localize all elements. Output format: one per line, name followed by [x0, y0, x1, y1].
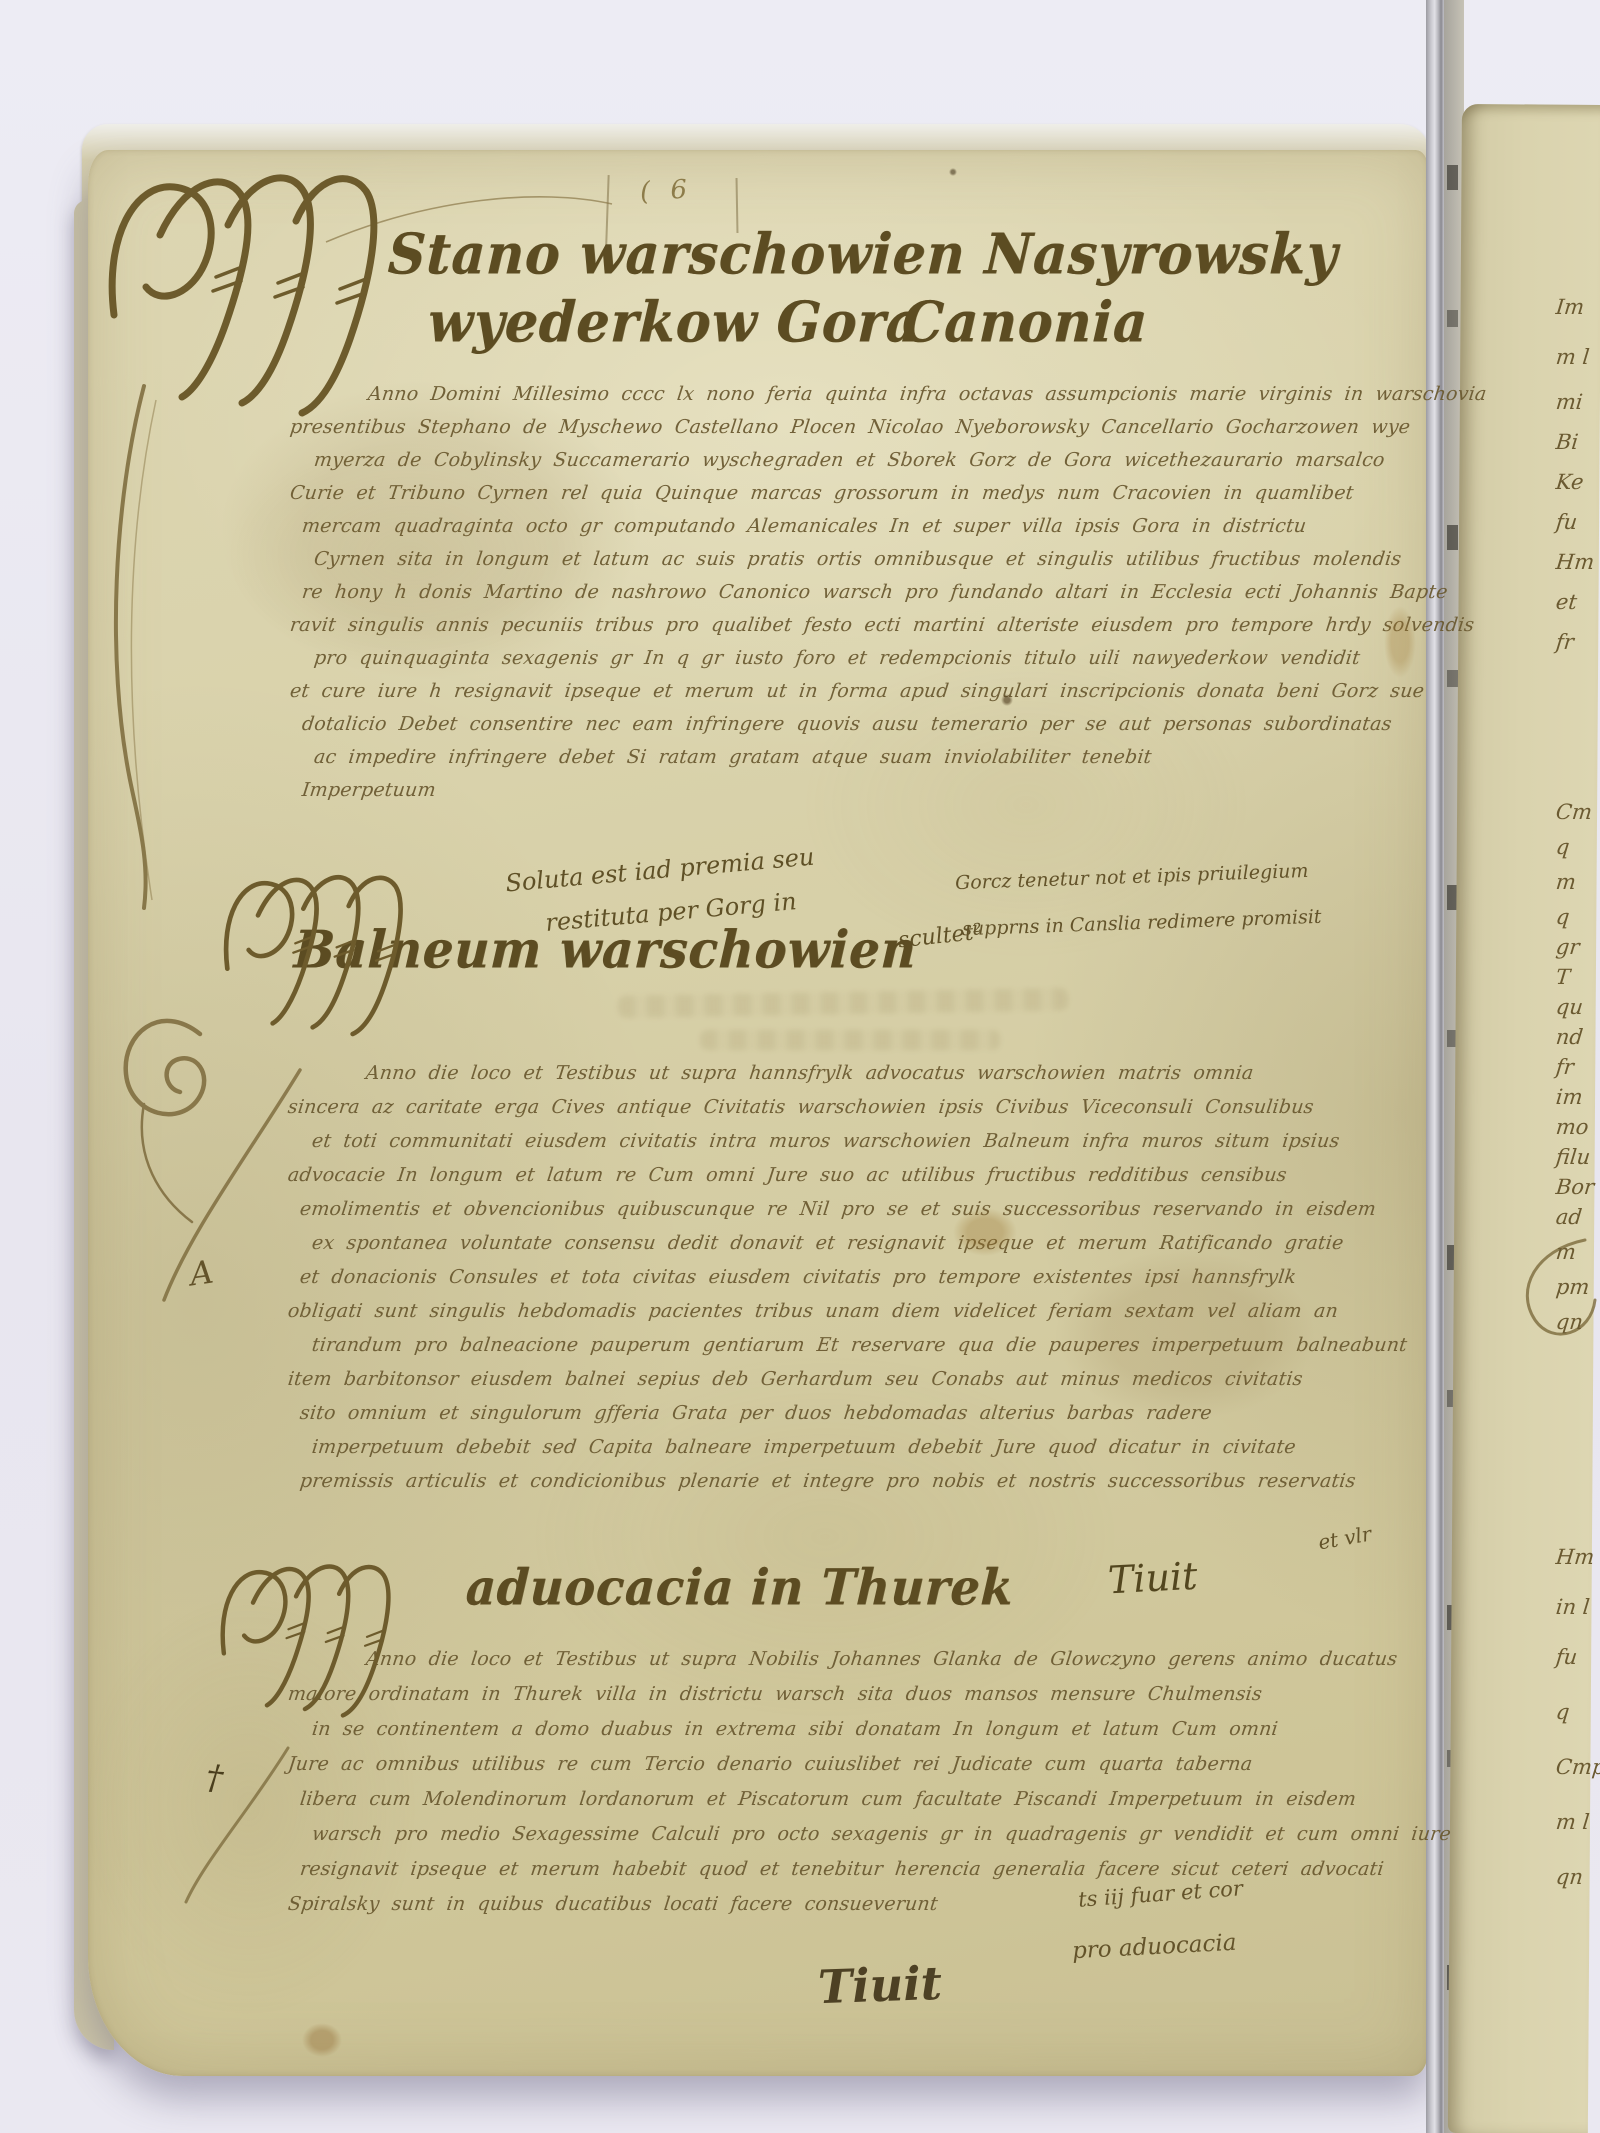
facing-page-fragment: Ke	[1555, 470, 1585, 494]
facing-page-fragment: im	[1555, 1085, 1584, 1109]
facing-page-fragment: Hm	[1555, 550, 1596, 574]
facing-page-fragment: ad	[1555, 1205, 1583, 1229]
chancery-note-line1: Gorcz tenetur not et ipis priuilegium	[955, 860, 1309, 894]
manuscript-line: warsch pro medio Sexagessime Calculi pro…	[310, 1817, 1453, 1852]
record-title-line2-right: Canonia	[900, 290, 1149, 356]
record-title-thurek: aduocacia in Thurek	[465, 1558, 1015, 1616]
facing-page-fragment: pm	[1555, 1275, 1591, 1299]
manuscript-line: imperpetuum debebit sed Capita balneare …	[310, 1430, 1409, 1464]
facing-page-fragment: q	[1555, 1700, 1571, 1724]
manuscript-line: Anno die loco et Testibus ut supra hanns…	[364, 1056, 1409, 1090]
facing-page-fragment: gr	[1555, 935, 1581, 959]
facing-page-fragment: fu	[1555, 510, 1579, 534]
manuscript-line: dotalicio Debet consentire nec eam infri…	[300, 708, 1488, 741]
manuscript-line: re hony h donis Martino de nashrowo Cano…	[300, 576, 1488, 609]
facing-page-fragment: mo	[1555, 1115, 1590, 1139]
record-title-line2-left: wyederkow Gora	[426, 290, 922, 356]
facing-page-fragment: m l	[1555, 345, 1591, 369]
notarial-flourish-2	[218, 862, 418, 1062]
manuscript-line: myerza de Cobylinsky Succamerario wysche…	[312, 444, 1488, 477]
facing-page-fragment: m l	[1555, 1810, 1591, 1834]
manuscript-line: mercam quadraginta octo gr computando Al…	[300, 510, 1488, 543]
manuscript-line: Anno die loco et Testibus ut supra Nobil…	[364, 1642, 1453, 1677]
entry-thurek-text: Anno die loco et Testibus ut supra Nobil…	[300, 1642, 1451, 1922]
flourish-tail-3	[168, 1742, 318, 1912]
manuscript-line: et toti communitati eiusdem civitatis in…	[310, 1124, 1409, 1158]
chancery-note-line2: supprns in Canslia redimere promisit	[962, 906, 1322, 941]
facing-page-fragment: m	[1555, 1240, 1577, 1264]
manuscript-line: ravit singulis annis pecuniis tribus pro…	[288, 609, 1488, 642]
manuscript-line: et donacionis Consules et tota civitas e…	[298, 1260, 1409, 1294]
manuscript-line: resignavit ipseque et merum habebit quod…	[298, 1852, 1453, 1887]
show-through-band	[618, 988, 1068, 1018]
facing-page-fragment: fr	[1555, 1055, 1575, 1079]
facing-page-fragment: fr	[1555, 630, 1575, 654]
facing-page-fragment: q	[1555, 905, 1571, 929]
manuscript-line: tirandum pro balneacione pauperum gentia…	[310, 1328, 1409, 1362]
fee-note-line2: pro aduocacia	[1071, 1930, 1237, 1965]
facing-page-fragment: Hm	[1555, 1545, 1596, 1569]
manuscript-line: item barbitonsor eiusdem balnei sepius d…	[286, 1362, 1409, 1396]
manuscript-line: Curie et Tribuno Cyrnen rel quia Quinque…	[288, 477, 1488, 510]
facing-page-fragment: Cmp	[1555, 1755, 1600, 1779]
show-through-band	[700, 1030, 1000, 1050]
facing-page-fragment: qn	[1555, 1310, 1584, 1334]
facing-page-fragment: nd	[1555, 1025, 1584, 1049]
facing-page-fragment: Bi	[1555, 430, 1580, 454]
manuscript-line: Jure ac omnibus utilibus re cum Tercio d…	[286, 1747, 1453, 1782]
manuscript-line: Imperpetuum	[300, 774, 1488, 807]
manuscript-line: obligati sunt singulis hebdomadis pacien…	[286, 1294, 1409, 1328]
facing-page-fragment: et	[1555, 590, 1578, 614]
facing-page-fragment: filu	[1555, 1145, 1592, 1169]
facing-page-fragment: mi	[1555, 390, 1584, 414]
manuscript-line: sito omnium et singulorum gfferia Grata …	[298, 1396, 1409, 1430]
manuscript-line: pro quinquaginta sexagenis gr In q gr iu…	[312, 642, 1488, 675]
manuscript-line: advocacie In longum et latum re Cum omni…	[286, 1158, 1409, 1192]
record-title-line1: Stano warschowien Nasyrowsky	[386, 222, 1339, 288]
facing-page-fragment: qu	[1555, 995, 1584, 1019]
manuscript-line: et cure iure h resignavit ipseque et mer…	[288, 675, 1488, 708]
flourish-tail-1	[86, 380, 226, 920]
folio-number: ( 6	[639, 175, 687, 207]
marginal-abbreviation: et vlr	[1316, 1522, 1373, 1555]
margin-spiral-doodle	[104, 1008, 214, 1238]
facing-page-fragment: Bor	[1555, 1175, 1596, 1199]
manuscript-line: maiore ordinatam in Thurek villa in dist…	[286, 1677, 1453, 1712]
manuscript-line: emolimentis et obvencionibus quibuscunqu…	[298, 1192, 1409, 1226]
manuscript-photo: ( 6 Stano warschowien Nasyrowsky wyederk…	[0, 0, 1600, 2133]
manuscript-line: libera cum Molendinorum lordanorum et Pi…	[298, 1782, 1453, 1817]
facing-page-fragment: in l	[1555, 1595, 1591, 1619]
manuscript-line: presentibus Stephano de Myschewo Castell…	[288, 411, 1488, 444]
manuscript-line: Anno Domini Millesimo cccc lx nono feria…	[366, 378, 1488, 411]
entry-gora-text: Anno Domini Millesimo cccc lx nono feria…	[302, 378, 1486, 807]
manuscript-line: ex spontanea voluntate consensu dedit do…	[310, 1226, 1409, 1260]
facing-page-fragment: m	[1555, 870, 1577, 894]
notarial-flourish-3	[215, 1552, 405, 1742]
manuscript-line: in se continentem a domo duabus in extre…	[310, 1712, 1453, 1747]
tiuit-note-lower: Tiuit	[817, 1956, 943, 2014]
tiuit-note-upper: Tiuit	[1107, 1554, 1199, 1603]
facing-page-fragment: qn	[1555, 1865, 1584, 1889]
manuscript-line: Cyrnen sita in longum et latum ac suis p…	[312, 543, 1488, 576]
entry-balneum-text: Anno die loco et Testibus ut supra hanns…	[300, 1056, 1407, 1498]
manuscript-line: ac impedire infringere debet Si ratam gr…	[312, 741, 1488, 774]
facing-page-fragment: Cm	[1555, 800, 1594, 824]
facing-page-fragment: T	[1555, 965, 1572, 989]
facing-page-fragment: Im	[1555, 295, 1586, 319]
facing-page-fragment: q	[1555, 835, 1571, 859]
manuscript-line: sincera az caritate erga Cives antique C…	[286, 1090, 1409, 1124]
ink-layer: ( 6 Stano warschowien Nasyrowsky wyederk…	[0, 0, 1600, 2133]
manuscript-line: premissis articulis et condicionibus ple…	[298, 1464, 1409, 1498]
facing-page-fragment: fu	[1555, 1645, 1579, 1669]
manuscript-line: Spiralsky sunt in quibus ducatibus locat…	[286, 1887, 1453, 1922]
